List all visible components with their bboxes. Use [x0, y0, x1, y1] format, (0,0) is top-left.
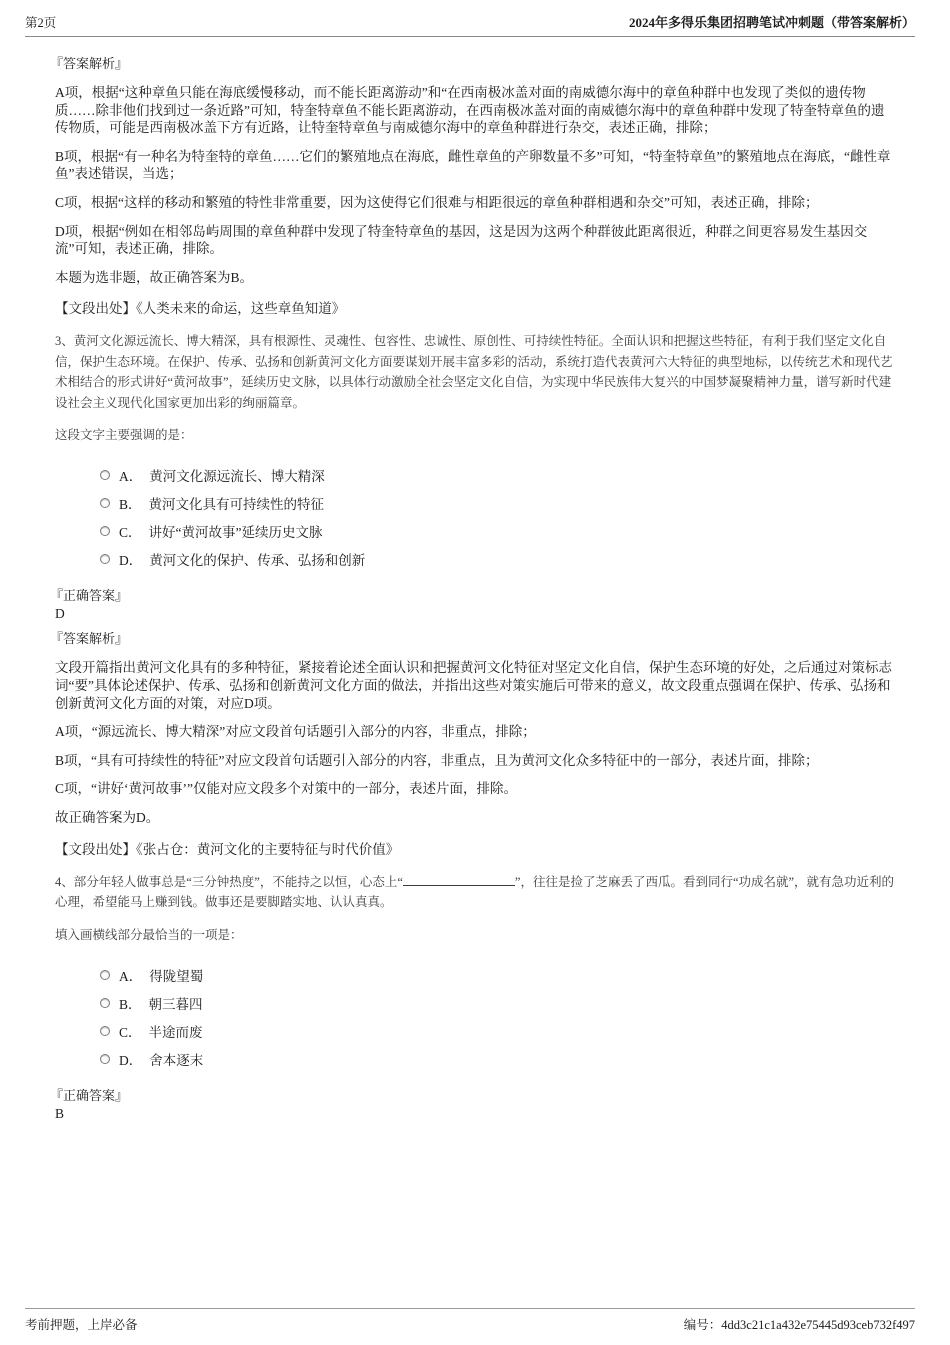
option-letter: B．	[119, 493, 142, 513]
document-body: 『答案解析』 A项，根据“这种章鱼只能在海底缓慢移动，而不能长距离游动”和“在西…	[0, 53, 950, 1122]
analysis-paragraph: B项，根据“有一种名为特奎特的章鱼……它们的繁殖地点在海底，雌性章鱼的产卵数量不…	[55, 148, 895, 183]
option-row-b[interactable]: B． 朝三暮四	[100, 989, 895, 1017]
option-letter: B．	[119, 993, 142, 1013]
radio-icon[interactable]	[100, 998, 110, 1008]
page-number: 第2页	[25, 13, 56, 31]
option-letter: C．	[119, 521, 142, 541]
radio-icon[interactable]	[100, 1054, 110, 1064]
analysis-paragraph: A项，“源远流长、博大精深”对应文段首句话题引入部分的内容，非重点，排除；	[55, 723, 895, 741]
analysis-paragraph: B项，“具有可持续性的特征”对应文段首句话题引入部分的内容，非重点，且为黄河文化…	[55, 752, 895, 770]
question-4-stem: 4、部分年轻人做事总是“三分钟热度”，不能持之以恒，心态上“”，往往是捡了芝麻丢…	[55, 872, 895, 913]
footer-slogan: 考前押题，上岸必备	[25, 1315, 138, 1333]
analysis-paragraph: C项，“讲好‘黄河故事’”仅能对应文段多个对策中的一部分，表述片面，排除。	[55, 780, 895, 798]
analysis-paragraph: A项，根据“这种章鱼只能在海底缓慢移动，而不能长距离游动”和“在西南极冰盖对面的…	[55, 84, 895, 137]
footer-serial-number: 编号：4dd3c21c1a432e75445d93ceb732f497	[684, 1315, 915, 1333]
option-text: 黄河文化源远流长、博大精深	[149, 465, 325, 485]
option-row-a[interactable]: A． 黄河文化源远流长、博大精深	[100, 461, 895, 489]
option-letter: D．	[119, 1049, 142, 1069]
option-letter: A．	[119, 465, 142, 485]
analysis-paragraph: C项，根据“这样的移动和繁殖的特性非常重要，因为这使得它们很难与相距很远的章鱼种…	[55, 194, 895, 212]
question-3-options: A． 黄河文化源远流长、博大精深 B． 黄河文化具有可持续性的特征 C． 讲好“…	[100, 461, 895, 573]
correct-answer-heading: 『正确答案』	[50, 585, 895, 604]
option-text: 朝三暮四	[149, 993, 203, 1013]
radio-icon[interactable]	[100, 526, 110, 536]
correct-answer-value: B	[55, 1106, 895, 1122]
option-text: 舍本逐末	[149, 1049, 203, 1069]
radio-icon[interactable]	[100, 470, 110, 480]
option-row-d[interactable]: D． 舍本逐末	[100, 1045, 895, 1073]
radio-icon[interactable]	[100, 970, 110, 980]
document-title: 2024年多得乐集团招聘笔试冲刺题（带答案解析）	[629, 12, 915, 31]
option-text: 黄河文化具有可持续性的特征	[149, 493, 325, 513]
option-text: 得陇望蜀	[149, 965, 203, 985]
stem-text-before: 4、部分年轻人做事总是“三分钟热度”，不能持之以恒，心态上“	[55, 875, 403, 889]
option-text: 黄河文化的保护、传承、弘扬和创新	[149, 549, 365, 569]
radio-icon[interactable]	[100, 1026, 110, 1036]
analysis-conclusion: 故正确答案为D。	[55, 809, 895, 827]
option-text: 讲好“黄河故事”延续历史文脉	[149, 521, 323, 541]
passage-source: 【文段出处】《人类未来的命运，这些章鱼知道》	[55, 297, 895, 317]
correct-answer-value: D	[55, 606, 895, 622]
answer-analysis-heading: 『答案解析』	[50, 53, 895, 72]
option-letter: C．	[119, 1021, 142, 1041]
analysis-conclusion: 本题为选非题，故正确答案为B。	[55, 269, 895, 287]
option-row-a[interactable]: A． 得陇望蜀	[100, 961, 895, 989]
radio-icon[interactable]	[100, 498, 110, 508]
question-4-prompt: 填入画横线部分最恰当的一项是：	[55, 925, 895, 943]
question-3-prompt: 这段文字主要强调的是：	[55, 425, 895, 443]
option-text: 半途而废	[149, 1021, 203, 1041]
page-footer: 考前押题，上岸必备 编号：4dd3c21c1a432e75445d93ceb73…	[25, 1308, 915, 1333]
question-3-stem: 3、黄河文化源远流长、博大精深，具有根源性、灵魂性、包容性、忠诚性、原创性、可持…	[55, 331, 895, 413]
radio-icon[interactable]	[100, 554, 110, 564]
option-letter: A．	[119, 965, 142, 985]
analysis-paragraph: 文段开篇指出黄河文化具有的多种特征，紧接着论述全面认识和把握黄河文化特征对坚定文…	[55, 659, 895, 712]
passage-source: 【文段出处】《张占仓：黄河文化的主要特征与时代价值》	[55, 838, 895, 858]
page-header: 第2页 2024年多得乐集团招聘笔试冲刺题（带答案解析）	[25, 12, 915, 37]
analysis-paragraph: D项，根据“例如在相邻岛屿周围的章鱼种群中发现了特奎特章鱼的基因，这是因为这两个…	[55, 223, 895, 258]
correct-answer-heading: 『正确答案』	[50, 1085, 895, 1104]
option-row-c[interactable]: C． 半途而废	[100, 1017, 895, 1045]
option-letter: D．	[119, 549, 142, 569]
answer-analysis-heading: 『答案解析』	[50, 628, 895, 647]
question-4-options: A． 得陇望蜀 B． 朝三暮四 C． 半途而废 D． 舍本逐末	[100, 961, 895, 1073]
option-row-c[interactable]: C． 讲好“黄河故事”延续历史文脉	[100, 517, 895, 545]
option-row-d[interactable]: D． 黄河文化的保护、传承、弘扬和创新	[100, 545, 895, 573]
blank-underline	[403, 873, 515, 886]
option-row-b[interactable]: B． 黄河文化具有可持续性的特征	[100, 489, 895, 517]
